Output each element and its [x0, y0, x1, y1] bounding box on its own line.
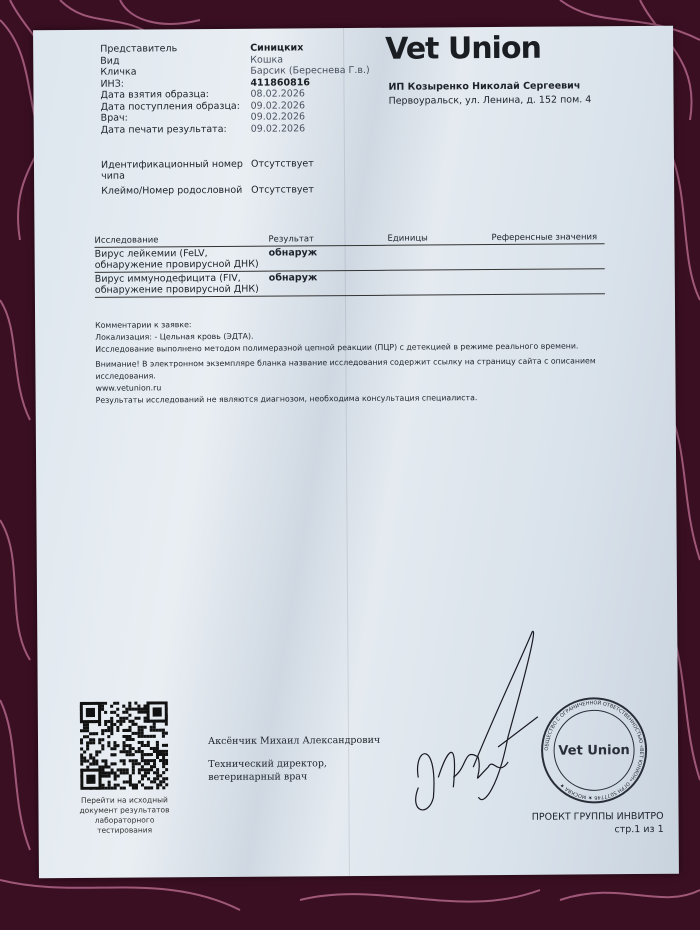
test-units: [388, 270, 492, 296]
signer-name: Аксёнчик Михаил Александрович: [208, 734, 380, 748]
notice-text: Внимание! В электронном экземпляре бланк…: [95, 355, 615, 383]
signer-block: Аксёнчик Михаил Александрович Технически…: [208, 734, 381, 784]
clinic-name: ИП Козыренко Николай Сергеевич: [388, 79, 591, 94]
pedigree-row: Клеймо/Номер родословнойОтсутствует: [101, 184, 314, 196]
col-units: Единицы: [387, 233, 491, 245]
test-reference: [492, 244, 605, 270]
info-row-print-date: Дата печати результата:09.02.2026: [101, 122, 370, 135]
page-number: стр.1 из 1: [529, 823, 664, 837]
signer-title-2: ветеринарный врач: [208, 770, 380, 784]
comments-section: Комментарии к заявке: Локализация: - Цел…: [95, 316, 616, 407]
table-row: Вирус лейкемии (FeLV, обнаружение провир…: [95, 244, 605, 273]
vet-union-stamp: ОБЩЕСТВО С ОГРАНИЧЕННОЙ ОТВЕТСТВЕННОСТЬЮ…: [538, 694, 651, 807]
chip-id-row: Идентификационный номер чипаОтсутствует: [101, 158, 314, 181]
stamp-text: Vet Union: [558, 743, 629, 758]
test-result: обнаруж: [269, 245, 388, 271]
footer: ПРОЕКТ ГРУППЫ ИНВИТРО стр.1 из 1: [529, 810, 664, 837]
info-row-name: КличкаБарсик (Береснева Г.в.): [100, 65, 369, 78]
project-label: ПРОЕКТ ГРУППЫ ИНВИТРО: [529, 810, 664, 824]
test-name: Вирус иммунодефицита (FIV, обнаружение п…: [95, 271, 269, 297]
test-result: обнаруж: [269, 270, 388, 296]
table-row: Вирус иммунодефицита (FIV, обнаружение п…: [95, 269, 605, 298]
col-result: Результат: [268, 234, 387, 246]
lab-report-sheet: ПредставительСиницких ВидКошка КличкаБар…: [33, 26, 679, 878]
clinic-address: Первоуральск, ул. Ленина, д. 152 пом. 4: [389, 93, 592, 108]
qr-code[interactable]: [80, 701, 169, 790]
qr-caption: Перейти на исходный документ результатов…: [68, 795, 180, 836]
col-reference: Референсные значения: [491, 232, 604, 244]
signer-title-1: Технический директор,: [208, 757, 380, 771]
test-reference: [492, 269, 605, 295]
identifiers: Идентификационный номер чипаОтсутствует …: [101, 158, 314, 200]
patient-info: ПредставительСиницких ВидКошка КличкаБар…: [100, 42, 370, 136]
results-table: Исследование Результат Единицы Референсн…: [94, 232, 604, 298]
handwritten-signature: [397, 627, 548, 828]
disclaimer-text: Результаты исследований не являются диаг…: [96, 391, 616, 407]
test-name: Вирус лейкемии (FeLV, обнаружение провир…: [95, 246, 269, 272]
method-text: Исследование выполнено методом полимераз…: [95, 340, 615, 356]
test-units: [388, 245, 492, 271]
vet-union-logo: Vet Union: [385, 31, 541, 67]
clinic-info: ИП Козыренко Николай Сергеевич Первоурал…: [388, 79, 591, 108]
